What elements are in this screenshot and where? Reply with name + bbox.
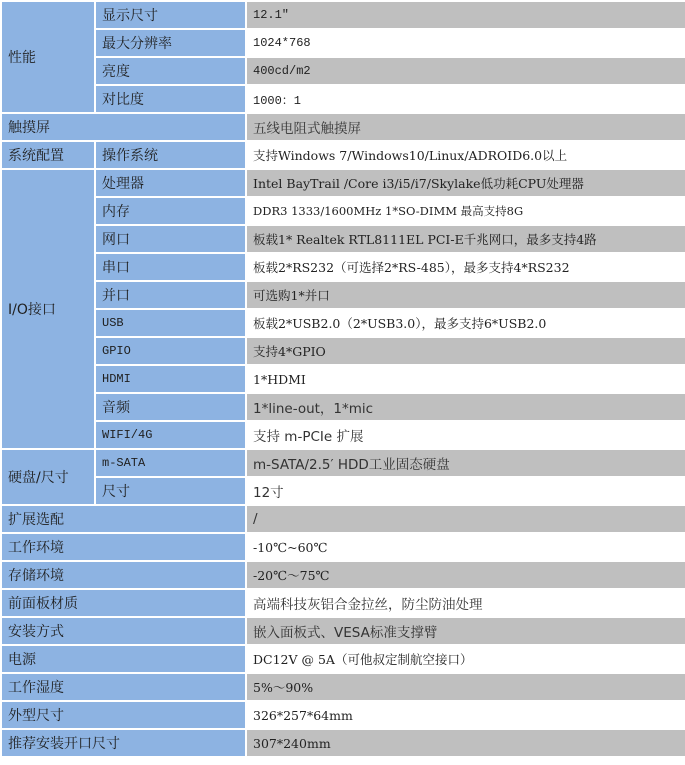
row-value: 板载1* Realtek RTL8111EL PCI-E千兆网口，最多支持4路 [246,225,685,253]
table-row: 安装方式 嵌入面板式、VESA标准支撑臂 [1,617,685,645]
row-label: m-SATA [95,449,246,477]
row-value: DC12V @ 5A（可他叔定制航空接口） [246,645,685,673]
row-label: 内存 [95,197,246,225]
table-row: USB 板载2*USB2.0（2*USB3.0），最多支持6*USB2.0 [1,309,685,337]
table-row: WIFI/4G 支持 m-PCIe 扩展 [1,421,685,449]
row-label: 触摸屏 [1,113,246,141]
row-value: 嵌入面板式、VESA标准支撑臂 [246,617,685,645]
row-label: WIFI/4G [95,421,246,449]
row-label: 最大分辨率 [95,29,246,57]
row-label: 推荐安装开口尺寸 [1,729,246,757]
row-value: -20℃～75℃ [246,561,685,589]
row-value: 12寸 [246,477,685,505]
row-value: / [246,505,685,533]
row-value: 12.1″ [246,1,685,29]
table-row: 外型尺寸 326*257*64mm [1,701,685,729]
row-label: 工作湿度 [1,673,246,701]
table-row: 推荐安装开口尺寸 307*240mm [1,729,685,757]
table-row: HDMI 1*HDMI [1,365,685,393]
row-value: 五线电阻式触摸屏 [246,113,685,141]
row-label: USB [95,309,246,337]
row-value: 支持 m-PCIe 扩展 [246,421,685,449]
row-label: GPIO [95,337,246,365]
row-value: 1*line-out，1*mic [246,393,685,421]
row-value: 板载2*RS232（可选择2*RS-485），最多支持4*RS232 [246,253,685,281]
group-label-performance: 性能 [1,1,95,113]
table-row: 存储环境 -20℃～75℃ [1,561,685,589]
row-label: 处理器 [95,169,246,197]
table-row: 音频 1*line-out，1*mic [1,393,685,421]
group-label-io: I/O接口 [1,169,95,449]
table-row: 性能 显示尺寸 12.1″ [1,1,685,29]
row-label: 对比度 [95,85,246,113]
table-row: 对比度 1000：1 [1,85,685,113]
group-label-system: 系统配置 [1,141,95,169]
table-row: I/O接口 处理器 Intel BayTrail /Core i3/i5/i7/… [1,169,685,197]
table-row: 工作湿度 5%～90% [1,673,685,701]
row-label: 扩展选配 [1,505,246,533]
row-value: 板载2*USB2.0（2*USB3.0），最多支持6*USB2.0 [246,309,685,337]
row-value: 400cd/m2 [246,57,685,85]
row-value: 1024*768 [246,29,685,57]
table-row: 内存 DDR3 1333/1600MHz 1*SO-DIMM 最高支持8G [1,197,685,225]
row-label: HDMI [95,365,246,393]
table-row: 系统配置 操作系统 支持Windows 7/Windows10/Linux/AD… [1,141,685,169]
table-row: 最大分辨率 1024*768 [1,29,685,57]
row-label: 网口 [95,225,246,253]
row-label: 工作环境 [1,533,246,561]
row-value: 支持4*GPIO [246,337,685,365]
row-value: Intel BayTrail /Core i3/i5/i7/Skylake低功耗… [246,169,685,197]
row-label: 外型尺寸 [1,701,246,729]
row-value: DDR3 1333/1600MHz 1*SO-DIMM 最高支持8G [246,197,685,225]
table-row: GPIO 支持4*GPIO [1,337,685,365]
row-label: 安装方式 [1,617,246,645]
table-row: 亮度 400cd/m2 [1,57,685,85]
table-row: 网口 板载1* Realtek RTL8111EL PCI-E千兆网口，最多支持… [1,225,685,253]
row-value: 5%～90% [246,673,685,701]
spec-table: 性能 显示尺寸 12.1″ 最大分辨率 1024*768 亮度 400cd/m2… [0,0,685,758]
table-row: 前面板材质 高端科技灰铝合金拉丝，防尘防油处理 [1,589,685,617]
row-label: 串口 [95,253,246,281]
row-label: 操作系统 [95,141,246,169]
row-label: 电源 [1,645,246,673]
row-value: m-SATA/2.5′ HDD工业固态硬盘 [246,449,685,477]
row-value: 1000：1 [246,85,685,113]
table-row: 并口 可选购1*并口 [1,281,685,309]
row-value: -10℃~60℃ [246,533,685,561]
table-row: 硬盘/尺寸 m-SATA m-SATA/2.5′ HDD工业固态硬盘 [1,449,685,477]
row-value: 高端科技灰铝合金拉丝，防尘防油处理 [246,589,685,617]
row-label: 尺寸 [95,477,246,505]
table-row: 扩展选配 / [1,505,685,533]
table-row: 电源 DC12V @ 5A（可他叔定制航空接口） [1,645,685,673]
row-value: 支持Windows 7/Windows10/Linux/ADROID6.0以上 [246,141,685,169]
row-value: 307*240mm [246,729,685,757]
row-label: 前面板材质 [1,589,246,617]
row-label: 亮度 [95,57,246,85]
row-label: 音频 [95,393,246,421]
row-label: 存储环境 [1,561,246,589]
row-label: 显示尺寸 [95,1,246,29]
row-value: 可选购1*并口 [246,281,685,309]
row-value: 326*257*64mm [246,701,685,729]
table-row: 工作环境 -10℃~60℃ [1,533,685,561]
table-row: 尺寸 12寸 [1,477,685,505]
table-row: 串口 板载2*RS232（可选择2*RS-485），最多支持4*RS232 [1,253,685,281]
row-label: 并口 [95,281,246,309]
table-row: 触摸屏 五线电阻式触摸屏 [1,113,685,141]
group-label-storage: 硬盘/尺寸 [1,449,95,505]
row-value: 1*HDMI [246,365,685,393]
